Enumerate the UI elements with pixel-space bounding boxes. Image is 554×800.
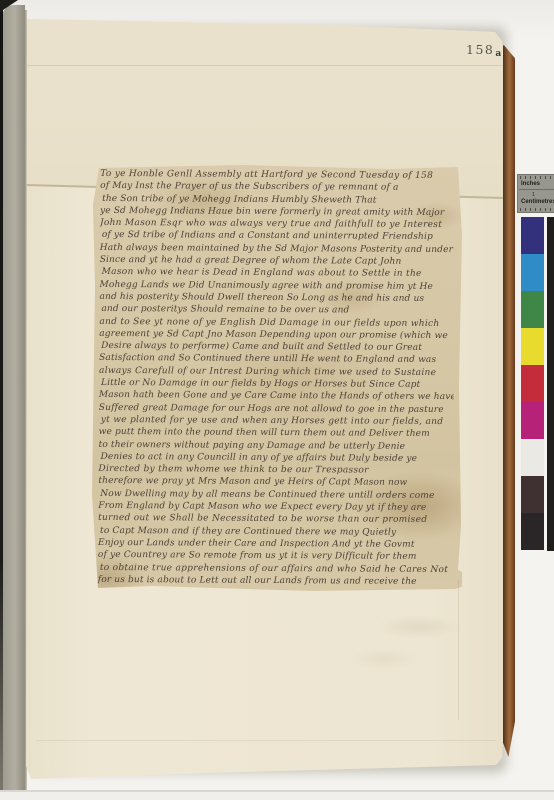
color-patch-green — [521, 291, 544, 328]
ruler-ticks-bottom — [520, 208, 554, 211]
ink-show-through — [316, 603, 486, 683]
book-board-edge — [503, 44, 515, 757]
archival-scan: 158a To ye Honble Genll Assembly att Har… — [0, 0, 554, 800]
manuscript-lines: To ye Honble Genll Assembly att Hartford… — [98, 168, 456, 590]
ruler-tick-number: 1 — [518, 192, 554, 198]
scan-bed-bottom — [0, 792, 554, 800]
folio-number-suffix: a — [495, 49, 501, 59]
calibration-ruler: Inches 1 Centimetres — [517, 174, 554, 213]
ruler-divider — [519, 189, 554, 190]
book-spine-edge — [0, 0, 3, 800]
grayscale-bar — [547, 217, 554, 551]
folio-number: 158a — [466, 39, 501, 59]
manuscript-line: for us but is about to Lett out all our … — [98, 574, 453, 588]
ruler-label-inches: Inches — [518, 181, 554, 188]
page-crease-vertical — [458, 580, 459, 720]
color-patch-dark-blue — [521, 217, 544, 254]
manuscript-paper: To ye Honble Genll Assembly att Hartford… — [92, 165, 462, 591]
folio-number-main: 158 — [466, 42, 494, 57]
color-patch-red — [521, 365, 544, 402]
page-crease-horizontal — [26, 65, 504, 66]
ruler-ticks-top — [520, 176, 554, 179]
color-patch-black — [521, 513, 544, 550]
page-press-line — [36, 740, 496, 741]
ruler-label-centimetres: Centimetres — [518, 199, 554, 206]
color-patch-yellow — [521, 328, 544, 365]
color-patch-magenta — [521, 402, 544, 439]
color-patch-dark-brown — [521, 476, 544, 513]
album-page: 158a To ye Honble Genll Assembly att Har… — [26, 13, 504, 780]
color-patch-blue — [521, 254, 544, 291]
page-stack-edge — [2, 5, 25, 793]
color-patch-white — [521, 439, 544, 476]
color-patches — [521, 217, 544, 550]
